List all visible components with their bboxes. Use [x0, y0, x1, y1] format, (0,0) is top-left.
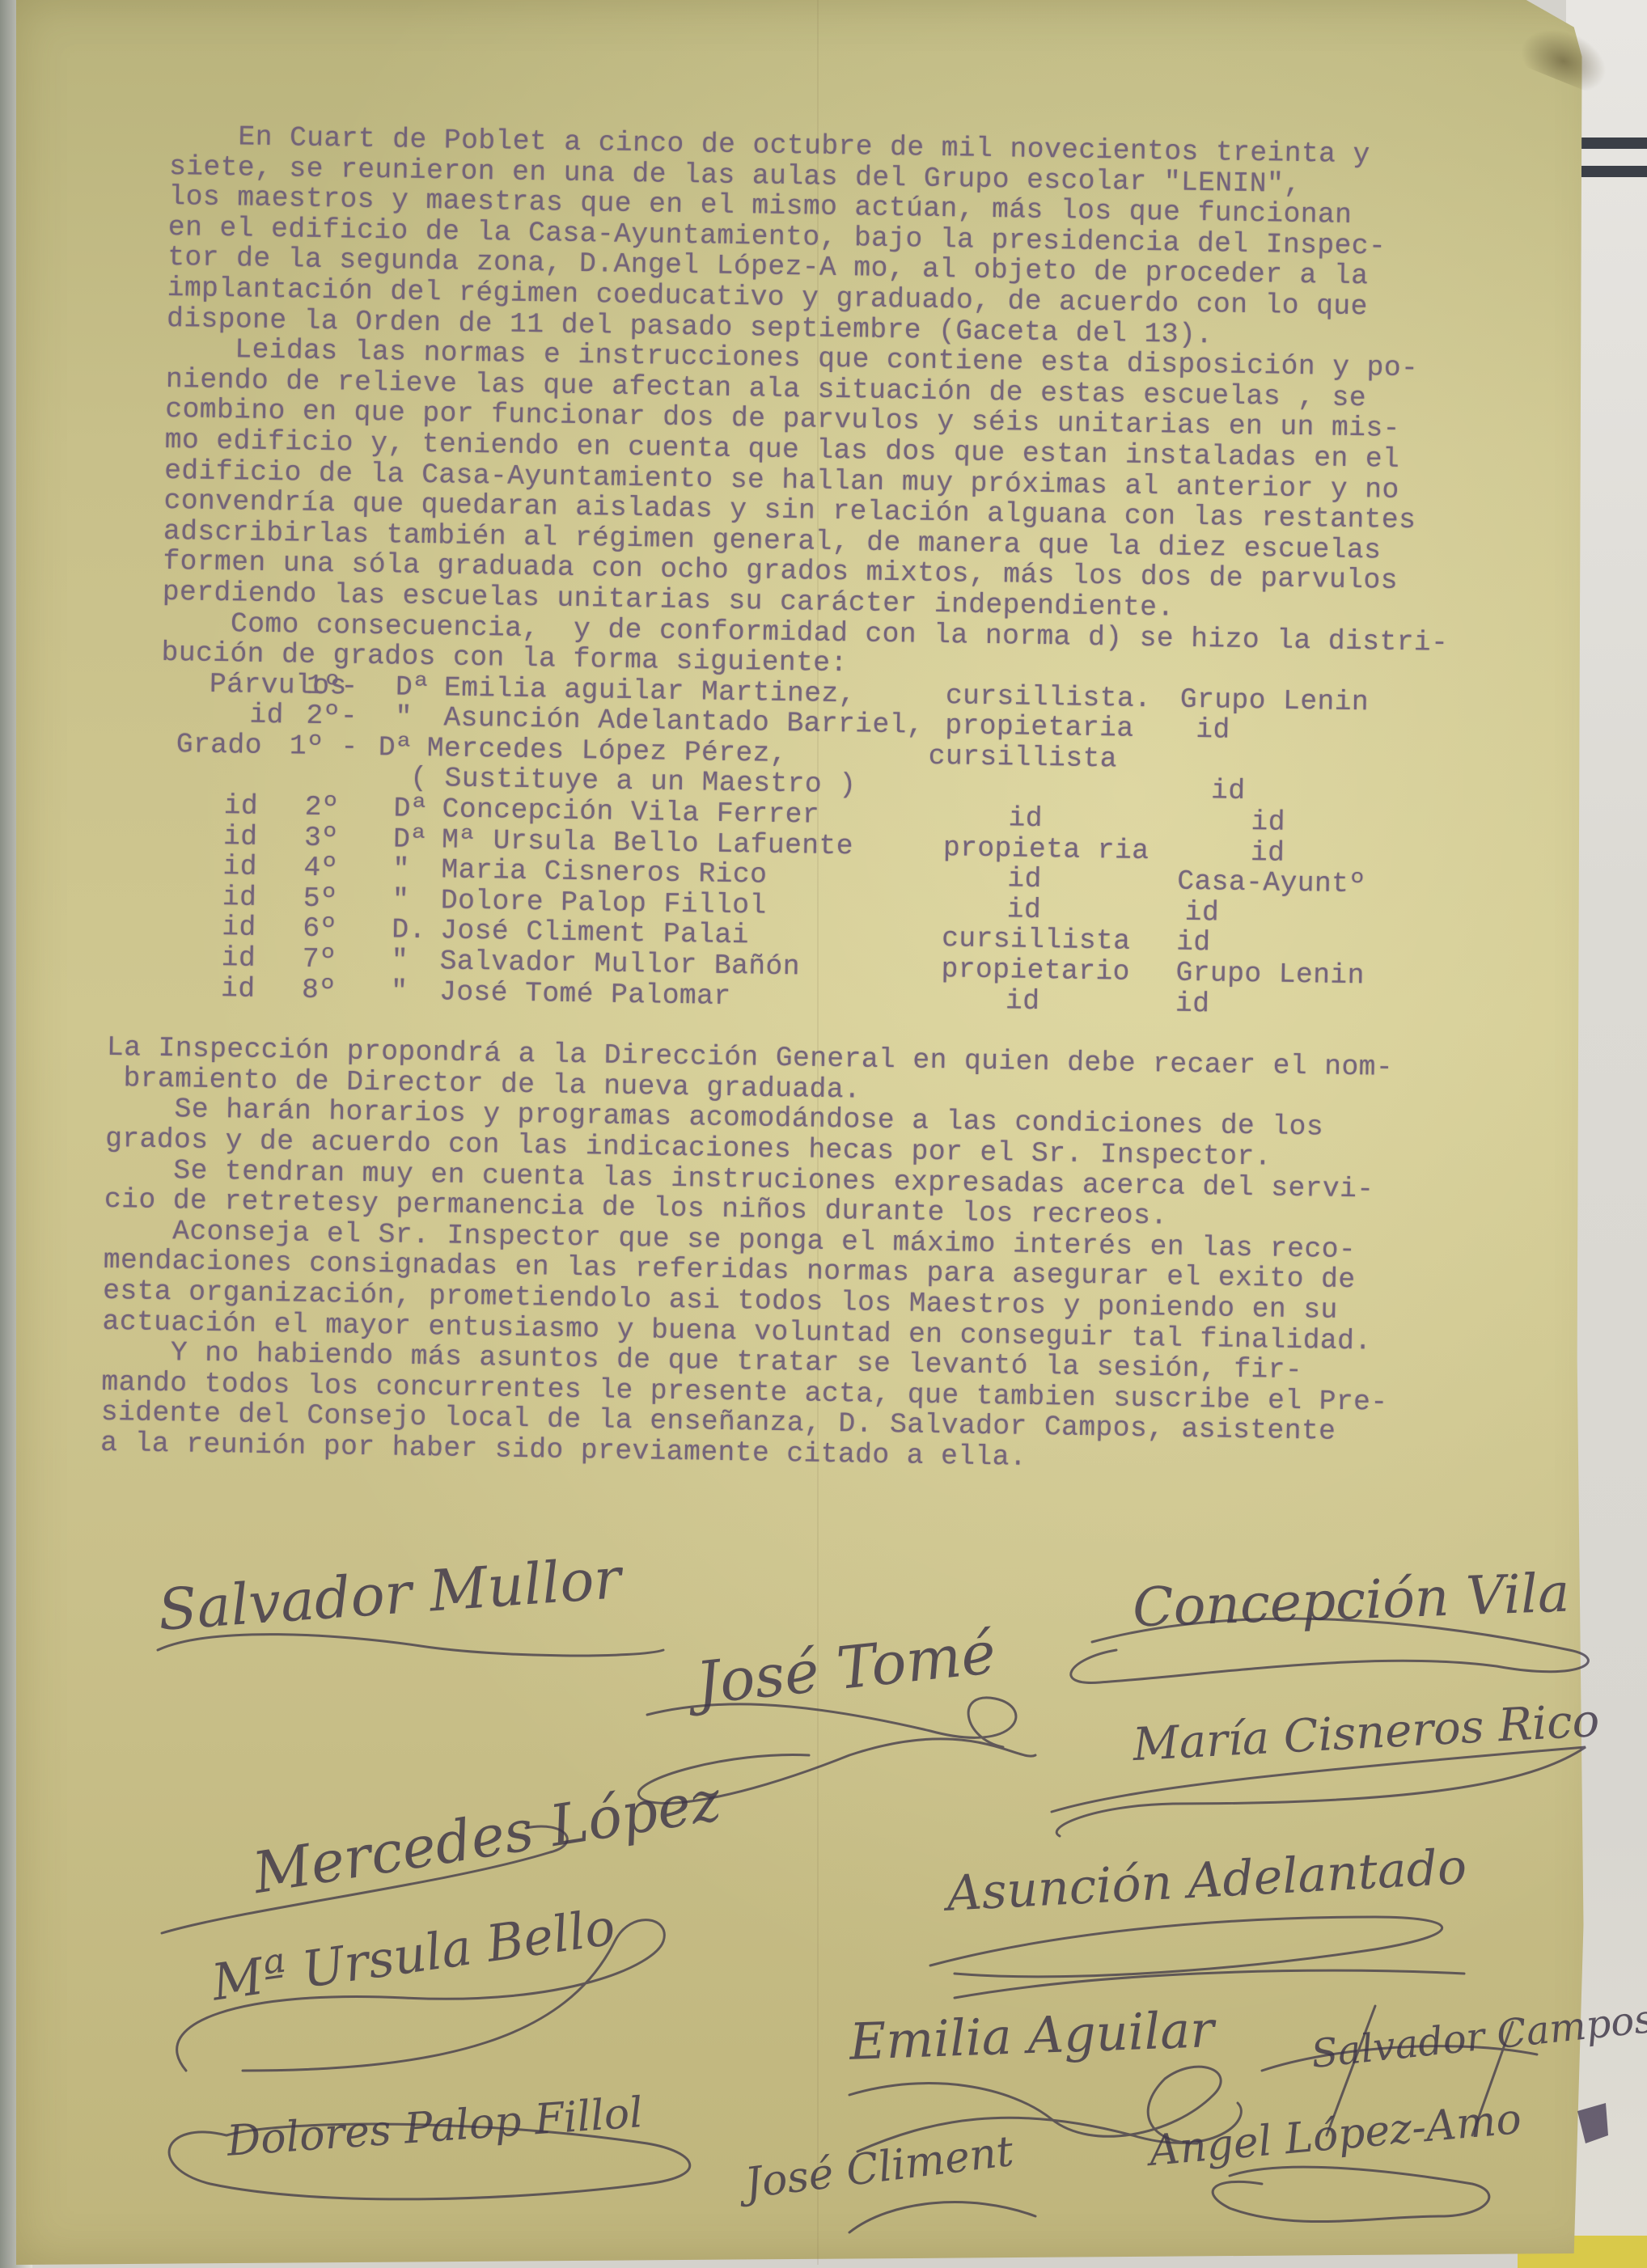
- paragraph-closing: Y no habiendo más asuntos de que tratar …: [149, 1338, 1558, 1482]
- location-cell: Grupo Lenin: [1175, 958, 1419, 992]
- status-cell: propieta ria: [943, 833, 1179, 867]
- title-cell: Dª: [393, 824, 442, 856]
- order-cell: [305, 762, 395, 793]
- grade-cell: id: [156, 972, 303, 1005]
- location-cell: [1162, 745, 1406, 779]
- title-cell: Dª: [393, 794, 442, 826]
- grade-cell: Párvulos: [161, 669, 307, 701]
- status-cell: cursillista.: [946, 681, 1181, 715]
- status-cell: propietario: [941, 954, 1176, 988]
- title-cell: Dª: [396, 672, 445, 704]
- title-cell: ": [391, 976, 440, 1008]
- grade-cell: id: [157, 912, 303, 944]
- location-cell: id: [1211, 776, 1454, 810]
- title-cell: ": [395, 703, 444, 734]
- grade-cell: id: [160, 699, 307, 731]
- grade-distribution-table: Párvulos 1º- Dª Emilia aguilar Martinez,…: [156, 669, 1569, 1026]
- paragraph-opening: En Cuart de Poblet a cinco de octubre de…: [167, 121, 1577, 356]
- order-cell: 1º -: [290, 731, 379, 763]
- order-cell: 2º: [304, 793, 394, 824]
- status-cell: cursillista: [942, 925, 1177, 958]
- status-cell: id: [941, 985, 1176, 1019]
- title-cell: [394, 764, 411, 794]
- status-cell: cursillista: [928, 742, 1163, 776]
- grade-cell: id: [156, 942, 303, 975]
- title-cell: ": [392, 855, 442, 886]
- status-cell: id: [942, 863, 1178, 897]
- title-cell: D.: [392, 916, 441, 947]
- title-cell: Dª: [379, 733, 428, 764]
- order-cell: 6º: [303, 914, 392, 946]
- grade-cell: id: [158, 882, 304, 914]
- status-cell: id: [942, 894, 1178, 928]
- order-cell: 3º: [304, 823, 394, 854]
- location-cell: Grupo Lenin: [1180, 684, 1424, 718]
- grade-cell: id: [159, 821, 305, 853]
- location-cell: id: [1176, 928, 1420, 962]
- location-cell: id: [1176, 898, 1428, 932]
- grade-cell: Grado: [160, 730, 290, 762]
- order-cell: 8º: [302, 975, 392, 1006]
- order-cell: 4º: [303, 853, 393, 885]
- status-cell: propietaria: [945, 711, 1180, 745]
- order-cell: 5º: [303, 884, 393, 916]
- typed-text-body: En Cuart de Poblet a cinco de octubre de…: [149, 121, 1577, 1482]
- grade-cell: [159, 760, 306, 792]
- order-cell: 2º-: [306, 701, 396, 733]
- location-cell: Casa-Ayuntº: [1177, 867, 1420, 901]
- paragraph-norms: Leidas las normas e instrucciones que co…: [163, 334, 1574, 630]
- order-cell: 7º: [302, 945, 392, 976]
- grade-cell: id: [158, 851, 304, 883]
- title-cell: ": [392, 885, 442, 916]
- title-cell: ": [391, 946, 440, 977]
- order-cell: 1º-: [307, 671, 396, 702]
- location-cell: id: [1175, 988, 1419, 1022]
- status-cell: [912, 772, 1212, 806]
- location-cell: id: [1178, 806, 1494, 842]
- paragraph-recommendations: Aconseja el Sr. Inspector que se ponga e…: [150, 1217, 1560, 1360]
- status-cell: id: [943, 802, 1179, 836]
- location-cell: id: [1179, 715, 1439, 750]
- grade-cell: id: [159, 790, 305, 823]
